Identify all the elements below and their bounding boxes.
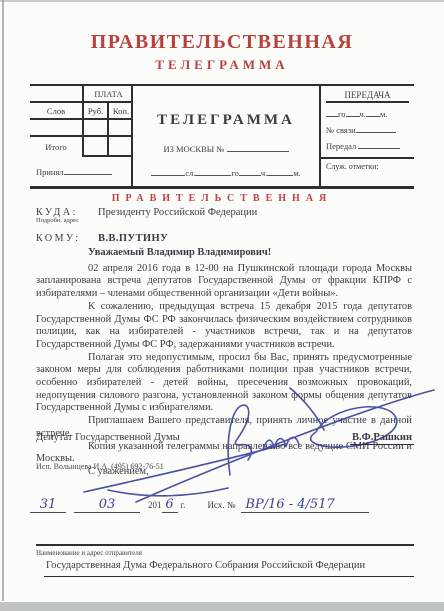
where-row: КУДА: Подробн. адрес Президенту Российск… <box>36 207 414 224</box>
telegram-form-table: ПЛАТА Слов Руб. Коп. Итого Принял ТЕЛЕГР… <box>30 84 414 189</box>
signer-position: Депутат Государственной Думы <box>36 432 180 443</box>
center-bottom-line: сл.гоч.м. <box>137 167 315 178</box>
footer-rule <box>36 544 414 546</box>
from-moscow-field: ИЗ МОСКВЫ № <box>133 143 319 154</box>
payment-total-label: Итого <box>30 137 82 157</box>
whom-label: КОМУ: <box>36 233 98 244</box>
executor-line: Исп. Волынцева И.А. (495) 692-76-51 <box>36 462 164 471</box>
year-written: 6 <box>162 497 178 513</box>
sender-name: Государственная Дума Федерального Собран… <box>46 560 365 571</box>
telegram-label: ТЕЛЕГРАММА <box>133 112 319 129</box>
received-by-blank <box>64 166 112 175</box>
paragraph: Полагая это недопустимым, просил бы Вас,… <box>36 352 412 416</box>
transfer-time-line: гоч.м. <box>326 108 409 119</box>
payment-col-rub: Руб. <box>82 103 107 120</box>
document-subtitle: ТЕЛЕГРАММА <box>0 57 444 73</box>
payment-cell-blank <box>107 120 133 137</box>
payment-total-rub <box>82 137 107 157</box>
salutation: Уважаемый Владимир Владимирович! <box>36 247 412 260</box>
document-header: ПРАВИТЕЛЬСТВЕННАЯ ТЕЛЕГРАММА <box>0 31 444 73</box>
date-line: 31 03 2016 г. Исх. № ВР/16 - 4/517 <box>30 497 414 513</box>
payment-header: ПЛАТА <box>82 86 133 103</box>
service-notes-label: Служ. отметки: <box>326 162 409 171</box>
whom-value: В.В.ПУТИНУ <box>98 233 168 244</box>
year-suffix: г. <box>181 500 186 510</box>
telegram-document: ПРАВИТЕЛЬСТВЕННАЯ ТЕЛЕГРАММА ПЛАТА Слов … <box>0 0 444 611</box>
payment-col-words: Слов <box>30 103 82 120</box>
where-value: Президенту Российской Федерации <box>98 207 257 218</box>
payment-cell-blank <box>30 120 82 137</box>
signature-row: Депутат Государственной Думы В.Ф.Рашкин <box>36 432 414 445</box>
document-title: ПРАВИТЕЛЬСТВЕННАЯ <box>0 31 444 54</box>
transfer-section: ПЕРЕДАЧА гоч.м. № связи Передал Служ. от… <box>321 86 414 186</box>
footer-rule-2 <box>44 576 414 577</box>
where-note: Подробн. адрес <box>36 217 98 224</box>
date-day: 31 <box>30 497 66 513</box>
payment-col-kop: Коп. <box>107 103 133 120</box>
payment-section: ПЛАТА Слов Руб. Коп. Итого Принял <box>30 86 133 186</box>
received-by-field: Принял <box>36 166 112 177</box>
transfer-sent-field: Передал <box>326 140 409 151</box>
from-moscow-blank <box>227 143 289 152</box>
paragraph: 02 апреля 2016 года в 12-00 на Пушкинско… <box>36 263 412 301</box>
transfer-divider <box>321 157 414 159</box>
outgoing-number-value: ВР/16 - 4/517 <box>241 497 369 513</box>
whom-row: КОМУ: В.В.ПУТИНУ <box>36 233 414 244</box>
transfer-header: ПЕРЕДАЧА <box>326 86 409 103</box>
classification-line: ПРАВИТЕЛЬСТВЕННАЯ <box>0 193 444 204</box>
date-month: 03 <box>74 497 140 513</box>
payment-total-kop <box>107 137 133 157</box>
signer-name: В.Ф.Рашкин <box>350 432 414 445</box>
payment-cell-blank <box>82 120 107 137</box>
address-block: КУДА: Подробн. адрес Президенту Российск… <box>36 207 414 244</box>
scan-edge-left <box>2 0 4 601</box>
scan-strip-bottom <box>0 602 444 611</box>
outgoing-number-label: Исх. № <box>207 500 235 510</box>
where-label-group: КУДА: Подробн. адрес <box>36 207 98 224</box>
payment-empty-cell <box>30 86 82 103</box>
scan-edge-top <box>0 0 444 2</box>
telegram-center-section: ТЕЛЕГРАММА ИЗ МОСКВЫ № сл.гоч.м. <box>133 86 321 186</box>
sender-note: Наименование и адрес отправителя <box>36 549 142 557</box>
paragraph: К сожалению, предыдущая встреча 15 декаб… <box>36 301 412 352</box>
transfer-link-field: № связи <box>326 124 409 135</box>
year-printed: 201 <box>148 500 162 510</box>
